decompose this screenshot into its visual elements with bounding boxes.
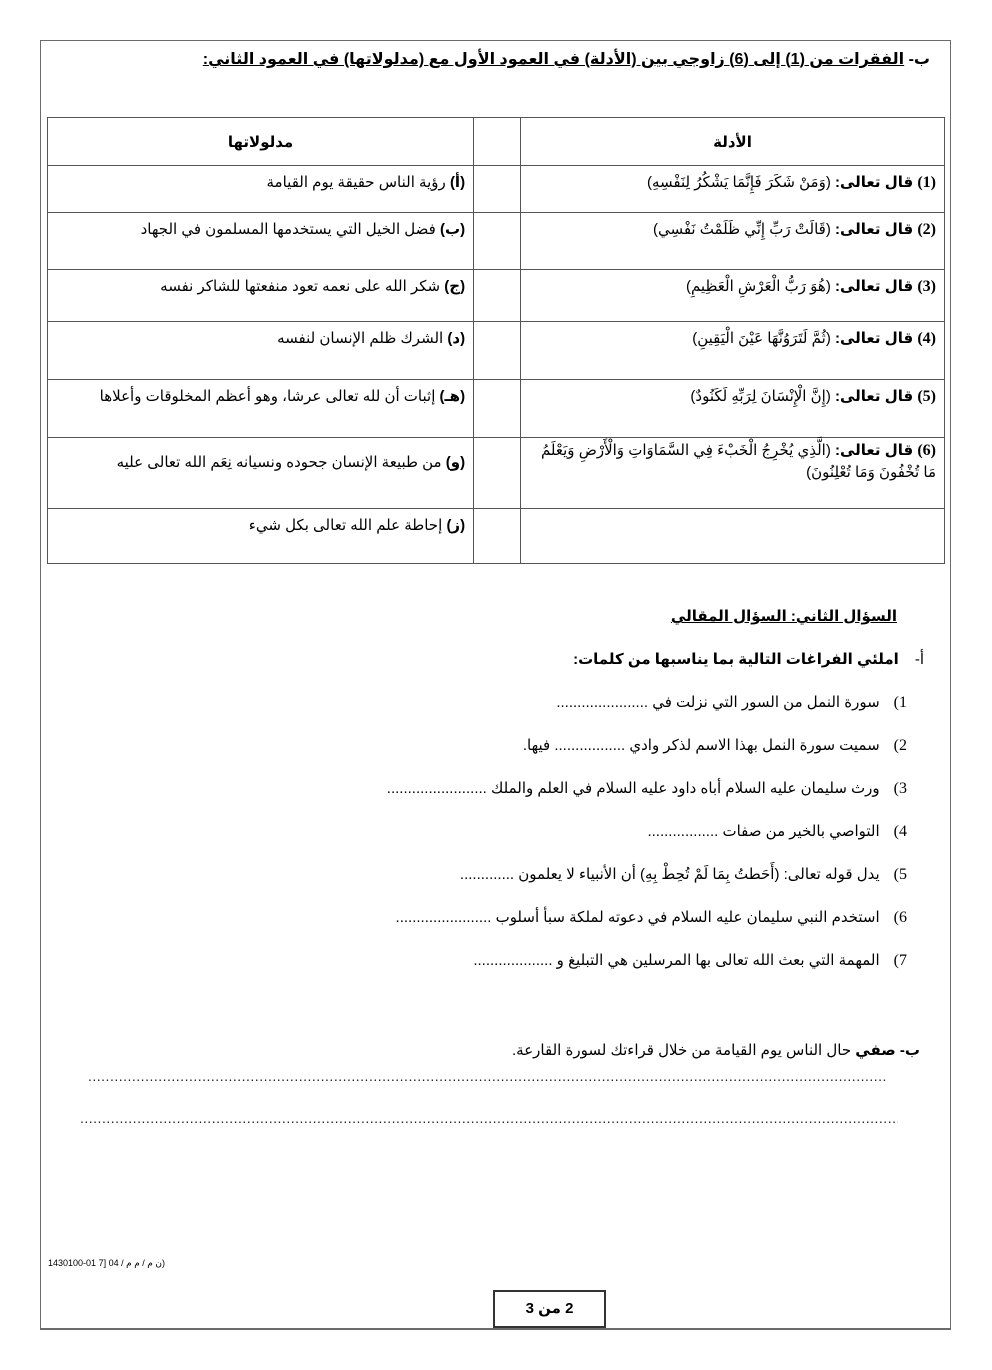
fill-in-item[interactable]: 5)يدل قوله تعالى: (أَحَطتُ بِمَا لَمْ تُ… [207, 864, 907, 907]
matching-table: الأدلة مدلولاتها (1) قال تعالى: (وَمَنْ … [47, 117, 945, 564]
page-indicator: 2 من 3 [493, 1290, 606, 1328]
table-row: (ز) إحاطة علم الله تعالى بكل شيء [48, 509, 945, 564]
meaning-letter: (هـ) [440, 388, 466, 405]
answer-line[interactable]: ........................................… [80, 1110, 898, 1126]
table-row: (6) قال تعالى: (الَّذِي يُخْرِجُ الْخَبْ… [48, 438, 945, 509]
proof-text: (وَمَنْ شَكَرَ فَإِنَّمَا يَشْكُرُ لِنَف… [647, 174, 831, 191]
proof-cell: (4) قال تعالى: (ثُمَّ لَتَرَوُنَّهَا عَي… [520, 322, 944, 380]
meaning-letter: (ب) [440, 221, 465, 238]
answer-cell[interactable] [474, 322, 521, 380]
item-text: سورة النمل من السور التي نزلت في .......… [556, 694, 879, 711]
proof-lead: قال تعالى: [835, 278, 913, 295]
meaning-letter: (أ) [450, 174, 465, 191]
proof-cell: (5) قال تعالى: (إِنَّ الْإِنْسَانَ لِرَب… [520, 380, 944, 438]
answer-cell[interactable] [474, 213, 521, 270]
proof-cell [520, 509, 944, 564]
proof-cell: (2) قال تعالى: (قَالَتْ رَبِّ إِنِّي ظَل… [520, 213, 944, 270]
item-number: 3) [894, 778, 907, 800]
part-a-instruction: املئي الفراغات التالية بما يناسبها من كل… [573, 651, 899, 668]
table-row: (1) قال تعالى: (وَمَنْ شَكَرَ فَإِنَّمَا… [48, 166, 945, 213]
item-number: 4) [894, 821, 907, 843]
proof-text: (هُوَ رَبُّ الْعَرْشِ الْعَظِيمِ) [686, 278, 831, 295]
fill-in-item[interactable]: 7)المهمة التي بعث الله تعالى بها المرسلي… [207, 950, 907, 993]
meaning-letter: (د) [447, 330, 465, 347]
fill-in-item[interactable]: 2)سميت سورة النمل بهذا الاسم لذكر وادي .… [207, 735, 907, 778]
meaning-cell: (و) من طبيعة الإنسان جحوده ونسيانه نِعَم… [48, 438, 474, 509]
table-row: (3) قال تعالى: (هُوَ رَبُّ الْعَرْشِ الْ… [48, 270, 945, 322]
meaning-cell: (ز) إحاطة علم الله تعالى بكل شيء [48, 509, 474, 564]
answer-line[interactable]: ........................................… [88, 1068, 888, 1084]
section-b-instruction: الفقرات من (1) إلى (6) زاوجي بين (الأدلة… [203, 51, 904, 68]
meaning-letter: (و) [446, 454, 465, 471]
question2-title: السؤال الثاني: السؤال المقالي [671, 607, 897, 625]
proof-number: (3) [917, 278, 936, 295]
answer-cell[interactable] [474, 509, 521, 564]
item-number: 2) [894, 735, 907, 757]
part-b-verb: صفي [855, 1042, 895, 1059]
table-row: (4) قال تعالى: (ثُمَّ لَتَرَوُنَّهَا عَي… [48, 322, 945, 380]
proof-number: (4) [917, 330, 936, 347]
meaning-text: الشرك ظلم الإنسان لنفسه [277, 330, 443, 347]
answer-cell[interactable] [474, 166, 521, 213]
section-b-heading: ب- الفقرات من (1) إلى (6) زاوجي بين (الأ… [203, 49, 930, 69]
table-header-row: الأدلة مدلولاتها [48, 118, 945, 166]
item-text: المهمة التي بعث الله تعالى بها المرسلين … [473, 952, 879, 969]
meaning-letter: (ج) [444, 278, 465, 295]
meaning-text: شكر الله على نعمه تعود منفعتها للشاكر نف… [160, 278, 440, 295]
table-row: (5) قال تعالى: (إِنَّ الْإِنْسَانَ لِرَب… [48, 380, 945, 438]
part-b-text: حال الناس يوم القيامة من خلال قراءتك لسو… [512, 1042, 855, 1059]
meaning-text: فضل الخيل التي يستخدمها المسلمون في الجه… [141, 221, 436, 238]
proof-lead: قال تعالى: [835, 174, 913, 191]
meaning-cell: (د) الشرك ظلم الإنسان لنفسه [48, 322, 474, 380]
fill-in-item[interactable]: 6)استخدم النبي سليمان عليه السلام في دعو… [207, 907, 907, 950]
fill-in-item[interactable]: 4)التواصي بالخير من صفات ...............… [207, 821, 907, 864]
answer-cell[interactable] [474, 438, 521, 509]
proof-text: (ثُمَّ لَتَرَوُنَّهَا عَيْنَ الْيَقِينِ) [692, 330, 831, 347]
section-b-prefix: ب- [904, 51, 930, 68]
item-text: التواصي بالخير من صفات ................. [647, 823, 879, 840]
header-meanings: مدلولاتها [48, 118, 474, 166]
meaning-cell: (أ) رؤية الناس حقيقة يوم القيامة [48, 166, 474, 213]
answer-cell[interactable] [474, 380, 521, 438]
answer-cell[interactable] [474, 270, 521, 322]
fill-in-item[interactable]: 1)سورة النمل من السور التي نزلت في .....… [207, 692, 907, 735]
proof-lead: قال تعالى: [835, 330, 913, 347]
item-text: سميت سورة النمل بهذا الاسم لذكر وادي ...… [523, 737, 880, 754]
item-text: استخدم النبي سليمان عليه السلام في دعوته… [396, 909, 880, 926]
header-answer-gap [474, 118, 521, 166]
proof-cell: (3) قال تعالى: (هُوَ رَبُّ الْعَرْشِ الْ… [520, 270, 944, 322]
header-proofs: الأدلة [520, 118, 944, 166]
meaning-cell: (ب) فضل الخيل التي يستخدمها المسلمون في … [48, 213, 474, 270]
meaning-letter: (ز) [446, 517, 465, 534]
proof-number: (6) [917, 442, 936, 459]
proof-number: (2) [917, 221, 936, 238]
table-row: (2) قال تعالى: (قَالَتْ رَبِّ إِنِّي ظَل… [48, 213, 945, 270]
part-b-marker: ب- [900, 1042, 920, 1059]
item-number: 1) [894, 692, 907, 714]
proof-text: (إِنَّ الْإِنْسَانَ لِرَبِّهِ لَكَنُودٌ) [690, 388, 830, 405]
item-number: 5) [894, 864, 907, 886]
document-code: ن م / م م / 04 [7 01-1430100) [48, 1258, 165, 1269]
item-text: يدل قوله تعالى: (أَحَطتُ بِمَا لَمْ تُحِ… [460, 866, 880, 883]
part-a-marker: أ- [915, 651, 924, 668]
proof-cell: (6) قال تعالى: (الَّذِي يُخْرِجُ الْخَبْ… [520, 438, 944, 509]
proof-number: (1) [917, 174, 936, 191]
question2-part-b: ب- صفي حال الناس يوم القيامة من خلال قرا… [512, 1041, 920, 1059]
meaning-text: من طبيعة الإنسان جحوده ونسيانه نِعَم الل… [117, 454, 442, 471]
proof-lead: قال تعالى: [835, 388, 913, 405]
item-number: 7) [894, 950, 907, 972]
meaning-text: إثبات أن لله تعالى عرشا، وهو أعظم المخلو… [100, 388, 436, 405]
question2-part-a: أ-املئي الفراغات التالية بما يناسبها من … [573, 650, 924, 668]
proof-text: (قَالَتْ رَبِّ إِنِّي ظَلَمْتُ نَفْسِي) [653, 221, 831, 238]
proof-number: (5) [917, 388, 936, 405]
proof-lead: قال تعالى: [835, 442, 913, 459]
meaning-text: رؤية الناس حقيقة يوم القيامة [267, 174, 446, 191]
meaning-text: إحاطة علم الله تعالى بكل شيء [249, 517, 442, 534]
meaning-cell: (ج) شكر الله على نعمه تعود منفعتها للشاك… [48, 270, 474, 322]
item-number: 6) [894, 907, 907, 929]
proof-lead: قال تعالى: [835, 221, 913, 238]
fill-in-item[interactable]: 3)ورث سليمان عليه السلام أباه داود عليه … [207, 778, 907, 821]
item-text: ورث سليمان عليه السلام أباه داود عليه ال… [387, 780, 880, 797]
meaning-cell: (هـ) إثبات أن لله تعالى عرشا، وهو أعظم ا… [48, 380, 474, 438]
fill-in-list: 1)سورة النمل من السور التي نزلت في .....… [207, 692, 907, 993]
proof-cell: (1) قال تعالى: (وَمَنْ شَكَرَ فَإِنَّمَا… [520, 166, 944, 213]
